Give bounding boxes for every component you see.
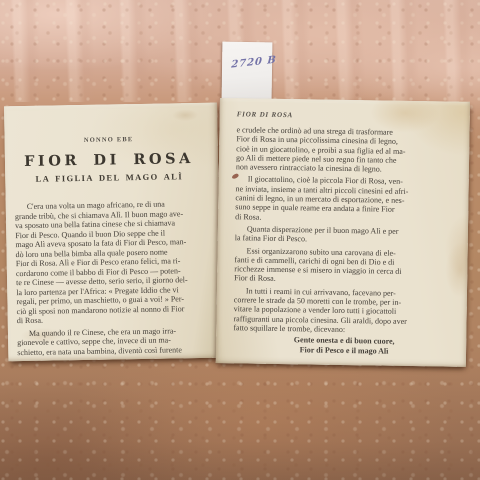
photo-of-booklet: 2720 B NONNO EBE FIOR DI ROSA LA FIGLIA … <box>0 0 480 480</box>
running-header: FIOR DI ROSA <box>237 110 293 119</box>
story-paragraph: Essi organizzarono subito una carovana d… <box>234 246 457 287</box>
author-kicker: NONNO EBE <box>9 135 209 145</box>
foxing-spot <box>172 109 198 121</box>
booklet-right-page: FIOR DI ROSA e crudele che ordinò ad una… <box>216 98 470 367</box>
story-paragraph: In tutti i reami in cui arrivavano, face… <box>233 286 456 336</box>
left-page-heading-block: NONNO EBE FIOR DI ROSA LA FIGLIA DEL MAG… <box>9 135 210 184</box>
booklet-left-page: NONNO EBE FIOR DI ROSA LA FIGLIA DEL MAG… <box>4 103 221 362</box>
book-title: FIOR DI ROSA <box>9 150 209 170</box>
book-subtitle: LA FIGLIA DEL MAGO ALÌ <box>9 171 209 184</box>
story-paragraph: Quanta disperazione per il buon mago Alì… <box>235 224 457 246</box>
inventory-sticker: 2720 B <box>222 42 273 100</box>
handwritten-inventory-number: 2720 B <box>231 55 277 71</box>
story-paragraph: Il giocattolino, cioè la piccola Fior di… <box>235 175 458 225</box>
left-page-text-column: C'era una volta un mago africano, re di … <box>15 199 216 357</box>
story-paragraph: Ma quando il re Cinese, che era un mago … <box>17 325 215 357</box>
herald-verse: Gente onesta e di buon cuore, Fior di Pe… <box>233 334 455 357</box>
right-page-text-column: e crudele che ordinò ad una strega di tr… <box>233 125 459 357</box>
story-paragraph: C'era una volta un mago africano, re di … <box>15 199 215 326</box>
story-paragraph: e crudele che ordinò ad una strega di tr… <box>236 125 459 175</box>
